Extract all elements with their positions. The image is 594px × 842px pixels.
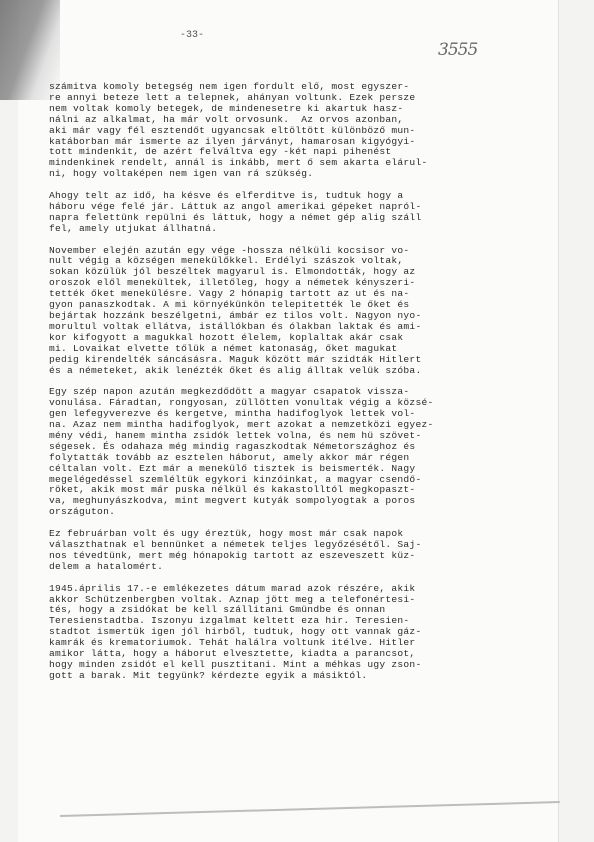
text-line: aki már vagy fél esztendőt ugyancsak elt… — [49, 126, 569, 137]
text-line: gott a barak. Mit tegyünk? kérdezte egyi… — [49, 671, 569, 682]
text-line: ni, hogy voltaképen nem igen van rá szük… — [49, 169, 569, 180]
paragraph: számitva komoly betegség nem igen fordul… — [49, 82, 569, 180]
paragraph: 1945.április 17.-e emlékezetes dátum mar… — [49, 584, 569, 682]
text-line: és a németeket, akik lenézték őket és al… — [49, 366, 569, 377]
text-line: mi. Lovaikat elvette tőlük a német katon… — [49, 344, 569, 355]
page-number: -33- — [180, 30, 204, 41]
text-line: delem a hatalomért. — [49, 562, 569, 573]
text-line: 1945.április 17.-e emlékezetes dátum mar… — [49, 584, 569, 595]
paragraph: November elején azután egy vége -hossza … — [49, 246, 569, 377]
text-line: va, meghunyászkodva, mint megvert kutyák… — [49, 496, 569, 507]
text-line: országuton. — [49, 507, 569, 518]
handwritten-archive-number: 3555 — [438, 40, 477, 60]
text-line: fel, amely utjukat állhatná. — [49, 224, 569, 235]
paragraph: Ez februárban volt és ugy éreztük, hogy … — [49, 529, 569, 573]
paragraph: Ahogy telt az idő, ha késve és elferditv… — [49, 191, 569, 235]
document-body: számitva komoly betegség nem igen fordul… — [49, 82, 569, 693]
text-line: pedig kirendelték sáncásásra. Maguk közö… — [49, 355, 569, 366]
text-line: céltalan volt. Ezt már a menekülő tiszte… — [49, 464, 569, 475]
paragraph: Egy szép napon azután megkezdődött a mag… — [49, 387, 569, 518]
text-line: nálni az alkalmat, ha már volt orvosunk.… — [49, 115, 569, 126]
